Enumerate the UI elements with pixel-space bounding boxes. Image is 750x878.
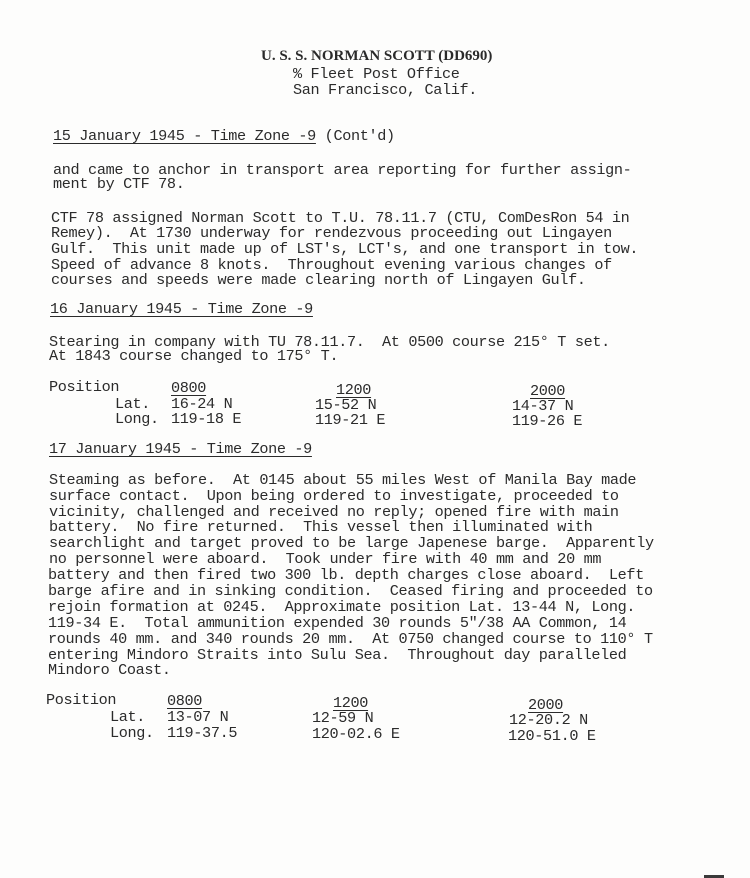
paragraph-line: Mindoro Coast. <box>48 663 171 679</box>
position-label: Position <box>46 693 116 709</box>
document-page: U. S. S. NORMAN SCOTT (DD690) % Fleet Po… <box>0 0 750 878</box>
section-heading-text: 17 January 1945 - Time Zone -9 <box>49 440 312 458</box>
section-heading-17-jan: 17 January 1945 - Time Zone -9 <box>49 442 312 458</box>
long-1200: 119-21 E <box>315 413 385 429</box>
long-1200: 120-02.6 E <box>312 727 400 743</box>
section-heading-suffix: (Cont'd) <box>316 127 395 145</box>
section-heading-text: 15 January 1945 - Time Zone -9 <box>53 127 316 145</box>
letterhead-address-line-2: San Francisco, Calif. <box>293 83 477 99</box>
long-label: Long. <box>110 726 154 742</box>
paragraph-line: At 1843 course changed to 175° T. <box>49 349 338 365</box>
position-label: Position <box>49 380 119 396</box>
paragraph-line: courses and speeds were made clearing no… <box>51 273 586 289</box>
long-2000: 120-51.0 E <box>508 729 596 745</box>
long-0800: 119-37.5 <box>167 726 237 742</box>
long-2000: 119-26 E <box>512 414 582 430</box>
long-0800: 119-18 E <box>171 412 241 428</box>
letterhead-ship-name: U. S. S. NORMAN SCOTT (DD690) <box>261 49 492 65</box>
section-heading-text: 16 January 1945 - Time Zone -9 <box>50 300 313 318</box>
long-label: Long. <box>115 412 159 428</box>
section-heading-15-jan: 15 January 1945 - Time Zone -9 (Cont'd) <box>53 129 395 145</box>
paragraph-line: ment by CTF 78. <box>53 177 184 193</box>
section-heading-16-jan: 16 January 1945 - Time Zone -9 <box>50 302 313 318</box>
